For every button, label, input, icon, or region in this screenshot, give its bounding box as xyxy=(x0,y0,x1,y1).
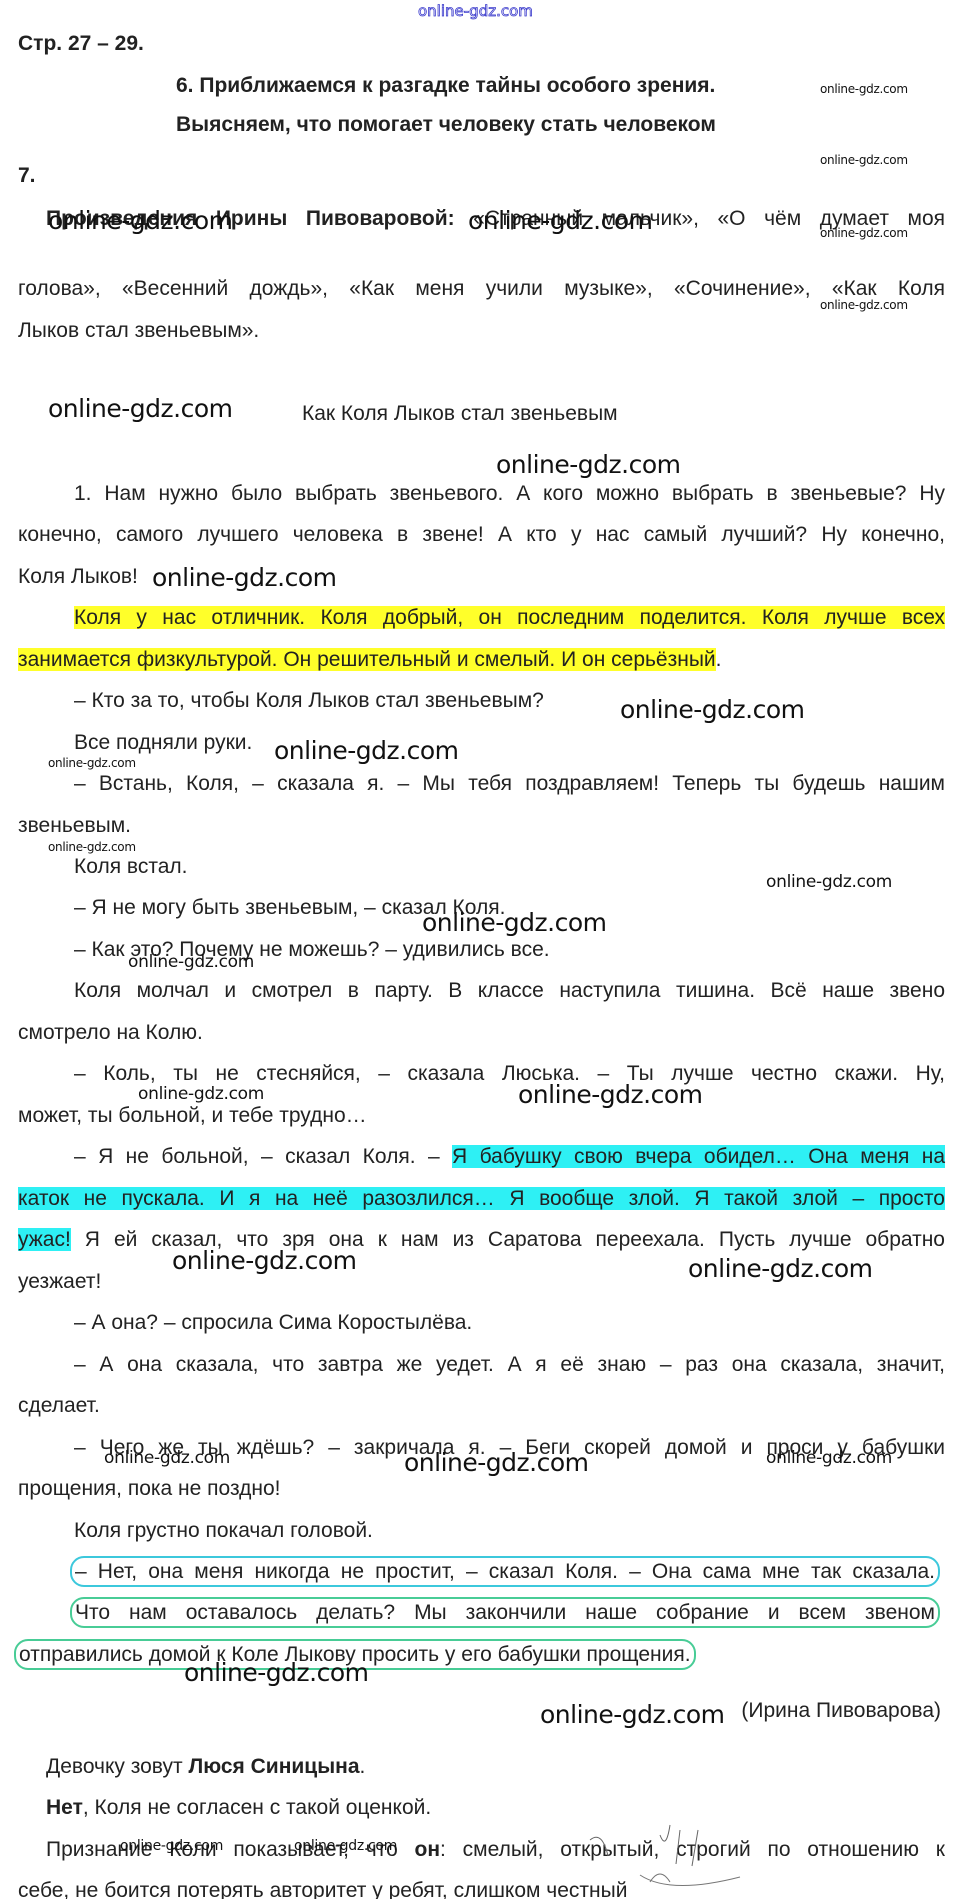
highlight-cyan: ужас! xyxy=(18,1228,71,1251)
outline-box-cyan: – Нет, она меня никогда не простит, – ск… xyxy=(70,1556,940,1587)
watermark: online-gdz.com xyxy=(48,840,136,854)
dialogue-text: – Я не больной, – сказал Коля. – xyxy=(74,1145,452,1168)
story-line-highlighted: каток не пускала. И я на неё разозлился…… xyxy=(18,1184,945,1214)
task-number: 7. xyxy=(18,164,36,188)
story-line: Все подняли руки. xyxy=(74,728,945,758)
top-watermark: online-gdz.com xyxy=(418,2,533,20)
story-line: прощения, пока не поздно! xyxy=(18,1474,945,1504)
watermark: online-gdz.com xyxy=(496,450,680,479)
story-line-highlighted: – Я не больной, – сказал Коля. – Я бабуш… xyxy=(74,1142,945,1172)
watermark: online-gdz.com xyxy=(48,756,136,770)
story-line-highlighted: ужас! Я ей сказал, что зря она к нам из … xyxy=(18,1225,945,1255)
answer-girl-name: Девочку зовут Люся Синицына. xyxy=(46,1752,365,1782)
story-line: – А она сказала, что завтра же уедет. А … xyxy=(74,1350,945,1380)
answer-bold: Нет xyxy=(46,1796,83,1819)
answer-agreement: Нет, Коля не согласен с такой оценкой. xyxy=(46,1793,431,1823)
story-title: Как Коля Лыков стал звеньевым xyxy=(302,399,618,429)
answer-text: , Коля не согласен с такой оценкой. xyxy=(83,1796,431,1819)
watermark: online-gdz.com xyxy=(48,206,232,235)
watermark: online-gdz.com xyxy=(120,1838,223,1854)
watermark: online-gdz.com xyxy=(688,1254,872,1283)
watermark: online-gdz.com xyxy=(620,695,804,724)
watermark: online-gdz.com xyxy=(422,908,606,937)
period: . xyxy=(716,648,722,671)
watermark: online-gdz.com xyxy=(404,1448,588,1477)
answer-text: Девочку зовут xyxy=(46,1755,188,1778)
watermark: online-gdz.com xyxy=(518,1080,702,1109)
works-list-line3: Лыков стал звеньевым». xyxy=(18,316,945,346)
story-line: смотрело на Колю. xyxy=(18,1018,945,1048)
watermark: online-gdz.com xyxy=(104,1448,230,1468)
story-line: может, ты больной, и тебе трудно… xyxy=(18,1101,945,1131)
watermark: online-gdz.com xyxy=(294,1838,397,1854)
highlight-cyan: Я бабушку свою вчера обидел… Она меня на xyxy=(452,1145,945,1168)
outline-box-green: Что нам оставалось делать? Мы закончили … xyxy=(70,1597,940,1628)
outlined-line-green: Что нам оставалось делать? Мы закончили … xyxy=(70,1597,940,1628)
highlight-yellow: Коля у нас отличник. Коля добрый, он пос… xyxy=(74,606,945,629)
story-line: – Встань, Коля, – сказала я. – Мы тебя п… xyxy=(74,769,945,799)
answer-text: . xyxy=(360,1755,366,1778)
story-line-highlighted: занимается физкультурой. Он решительный … xyxy=(18,645,945,675)
section-subtitle: Выясняем, что помогает человеку стать че… xyxy=(176,113,716,137)
watermark: online-gdz.com xyxy=(468,206,652,235)
watermark: online-gdz.com xyxy=(48,394,232,423)
story-author: (Ирина Пивоварова) xyxy=(741,1696,941,1726)
highlight-cyan: каток не пускала. И я на неё разозлился…… xyxy=(18,1187,945,1210)
section-title: 6. Приближаемся к разгадке тайны особого… xyxy=(176,74,715,98)
watermark: online-gdz.com xyxy=(820,298,908,312)
answer-bold: он xyxy=(415,1838,441,1861)
works-list-line2: голова», «Весенний дождь», «Как меня учи… xyxy=(18,274,945,304)
watermark: online-gdz.com xyxy=(128,952,254,972)
watermark: online-gdz.com xyxy=(172,1246,356,1275)
watermark: online-gdz.com xyxy=(766,1448,892,1468)
watermark: online-gdz.com xyxy=(820,82,908,96)
answer-text: : смелый, открытый, строгий по отношению… xyxy=(440,1838,945,1861)
story-line: 1. Нам нужно было выбрать звеньевого. А … xyxy=(74,479,945,509)
story-line: конечно, самого лучшего человека в звене… xyxy=(18,520,945,550)
watermark: online-gdz.com xyxy=(540,1700,724,1729)
outlined-line-cyan: – Нет, она меня никогда не простит, – ск… xyxy=(70,1556,940,1587)
story-line: сделает. xyxy=(18,1391,945,1421)
watermark: online-gdz.com xyxy=(184,1658,368,1687)
answer-bold: Люся Синицына xyxy=(188,1755,359,1778)
watermark: online-gdz.com xyxy=(766,872,892,892)
watermark: online-gdz.com xyxy=(152,563,336,592)
watermark: online-gdz.com xyxy=(274,736,458,765)
answer-confession-line2: себе, не боится потерять авторитет у реб… xyxy=(18,1876,945,1899)
story-line-highlighted: Коля у нас отличник. Коля добрый, он пос… xyxy=(74,603,945,633)
watermark: online-gdz.com xyxy=(138,1084,264,1104)
story-line: звеньевым. xyxy=(18,811,945,841)
watermark: online-gdz.com xyxy=(820,153,908,167)
watermark: online-gdz.com xyxy=(820,226,908,240)
story-line: – А она? – спросила Сима Коростылёва. xyxy=(74,1308,945,1338)
story-line: – Кто за то, чтобы Коля Лыков стал звень… xyxy=(74,686,945,716)
story-line: Коля грустно покачал головой. xyxy=(74,1516,945,1546)
highlight-yellow: занимается физкультурой. Он решительный … xyxy=(18,648,716,671)
page-reference: Стр. 27 – 29. xyxy=(18,32,144,56)
story-line: Коля молчал и смотрел в парту. В классе … xyxy=(74,976,945,1006)
